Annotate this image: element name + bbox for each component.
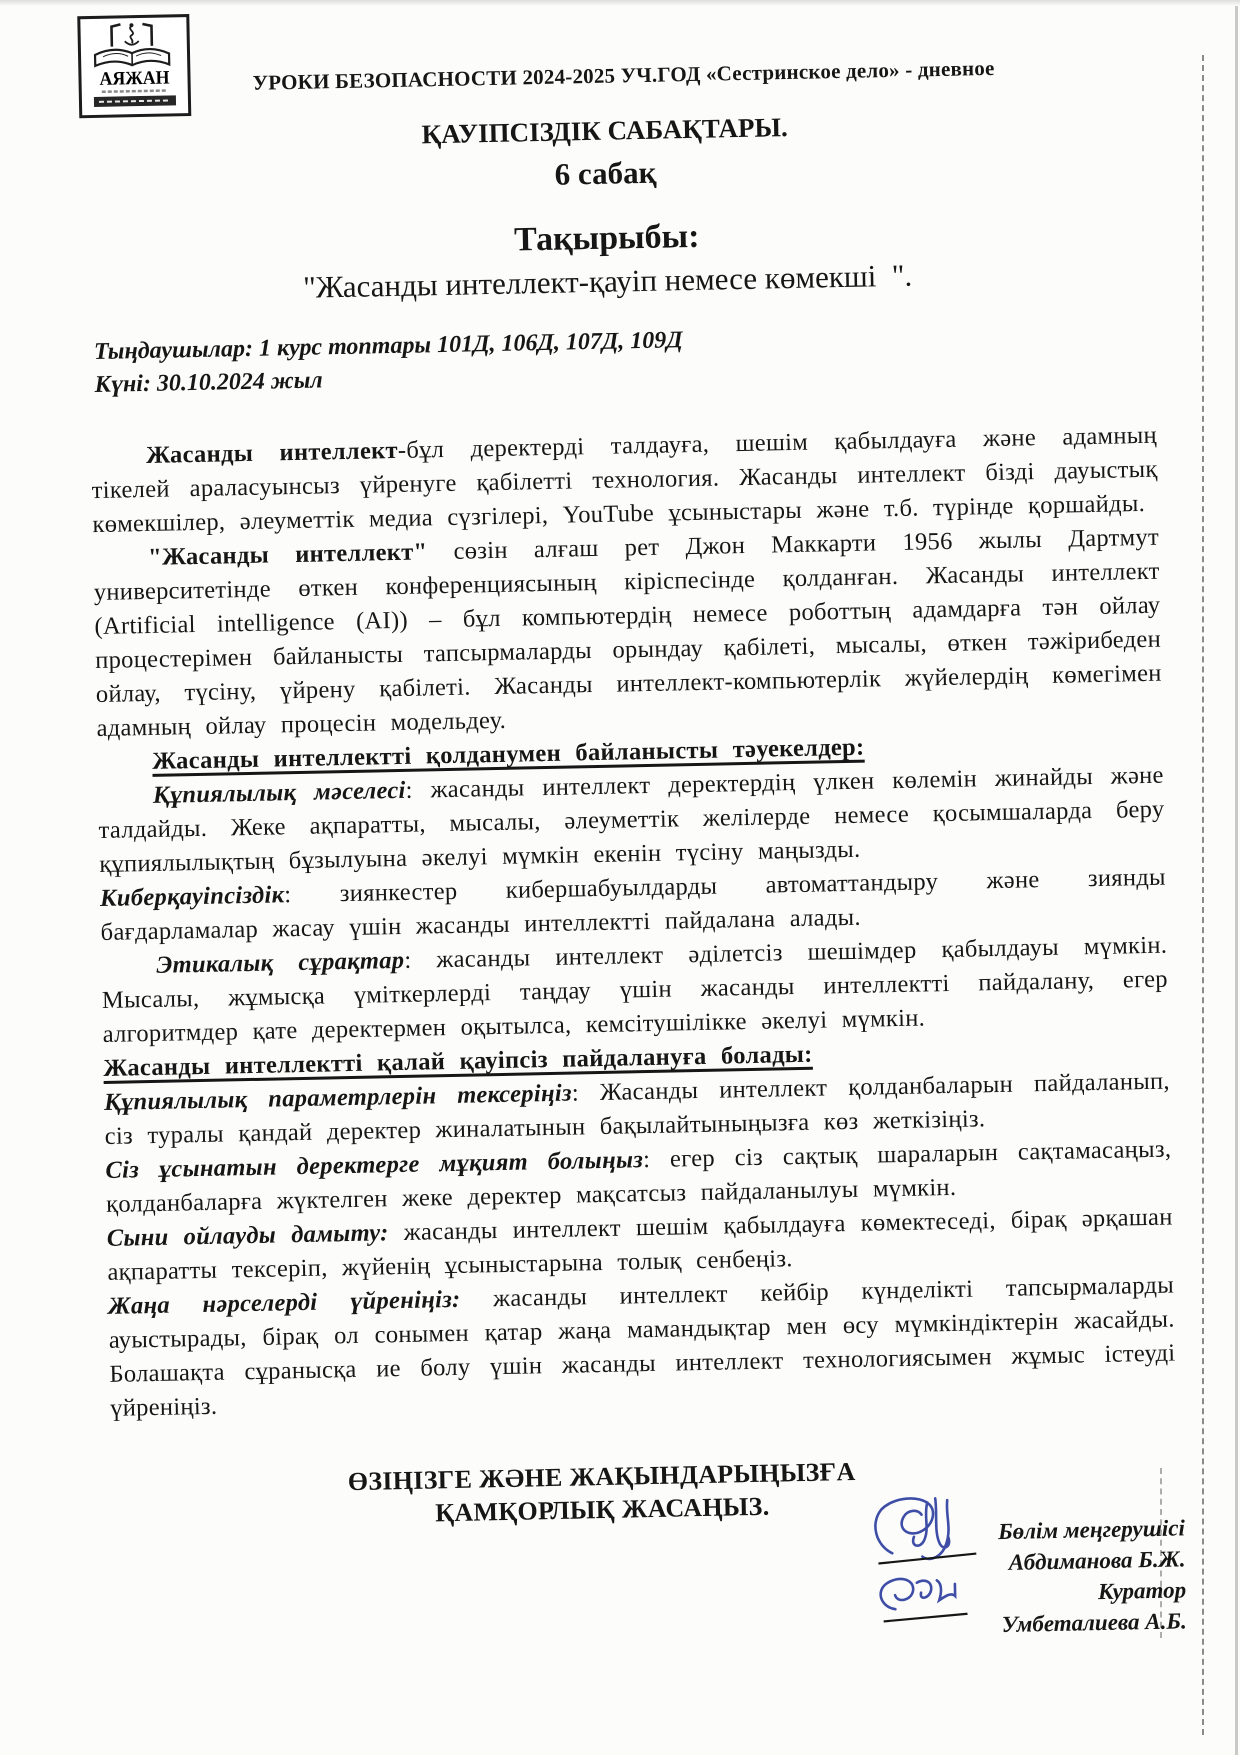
scan-artifact-dashed-line (1202, 55, 1204, 1735)
intro-paragraph-lead: "Жасанды интеллект" (148, 538, 428, 571)
risk-item-lead: Этикалық сұрақтар (156, 947, 405, 979)
intro-paragraph-lead: Жасанды интеллект (146, 437, 398, 469)
scan-tilt-wrapper: АЯЖАН УРОКИ БЕЗОПАСНОСТИ 2024-2025 УЧ.ГО… (0, 0, 1240, 1755)
scanned-document-page: АЯЖАН УРОКИ БЕЗОПАСНОСТИ 2024-2025 УЧ.ГО… (0, 0, 1240, 1755)
scan-top-shade (0, 0, 1240, 6)
scan-artifact-dashed-line (1160, 1468, 1162, 1638)
safety-item-lead: Жаңа нәрселерді үйреніңіз: (108, 1286, 461, 1320)
safety-item-lead: Сыни ойлауды дамыту: (107, 1219, 389, 1252)
logo-emblem-icon: АЯЖАН (80, 17, 188, 115)
safety-item: Жаңа нәрселерді үйреніңіз: жасанды интел… (108, 1269, 1177, 1426)
safety-item-lead: Құпиялылық параметрлерін тексеріңіз (104, 1080, 572, 1116)
signature-block: Бөлім меңгерушісі Абдиманова Б.Ж. Курато… (713, 1512, 1187, 1645)
college-logo: АЯЖАН (77, 14, 191, 118)
meta-block: Тыңдаушылар: 1 курс топтары 101Д, 106Д, … (94, 324, 684, 402)
scan-page-edge (1235, 0, 1238, 1755)
document-body: Жасанды интеллект-бұл деректерді талдауғ… (91, 419, 1177, 1426)
intro-paragraph: "Жасанды интеллект" сөзін алғаш рет Джон… (93, 521, 1163, 746)
safety-item-lead: Сіз ұсынатын деректерге мұқият болыңыз (105, 1146, 643, 1184)
program-header: УРОКИ БЕЗОПАСНОСТИ 2024-2025 УЧ.ГОД «Сес… (103, 53, 1143, 99)
risk-item-lead: Киберқауіпсіздік (100, 881, 285, 912)
risk-item-lead: Құпиялылық мәселесі (153, 777, 406, 809)
